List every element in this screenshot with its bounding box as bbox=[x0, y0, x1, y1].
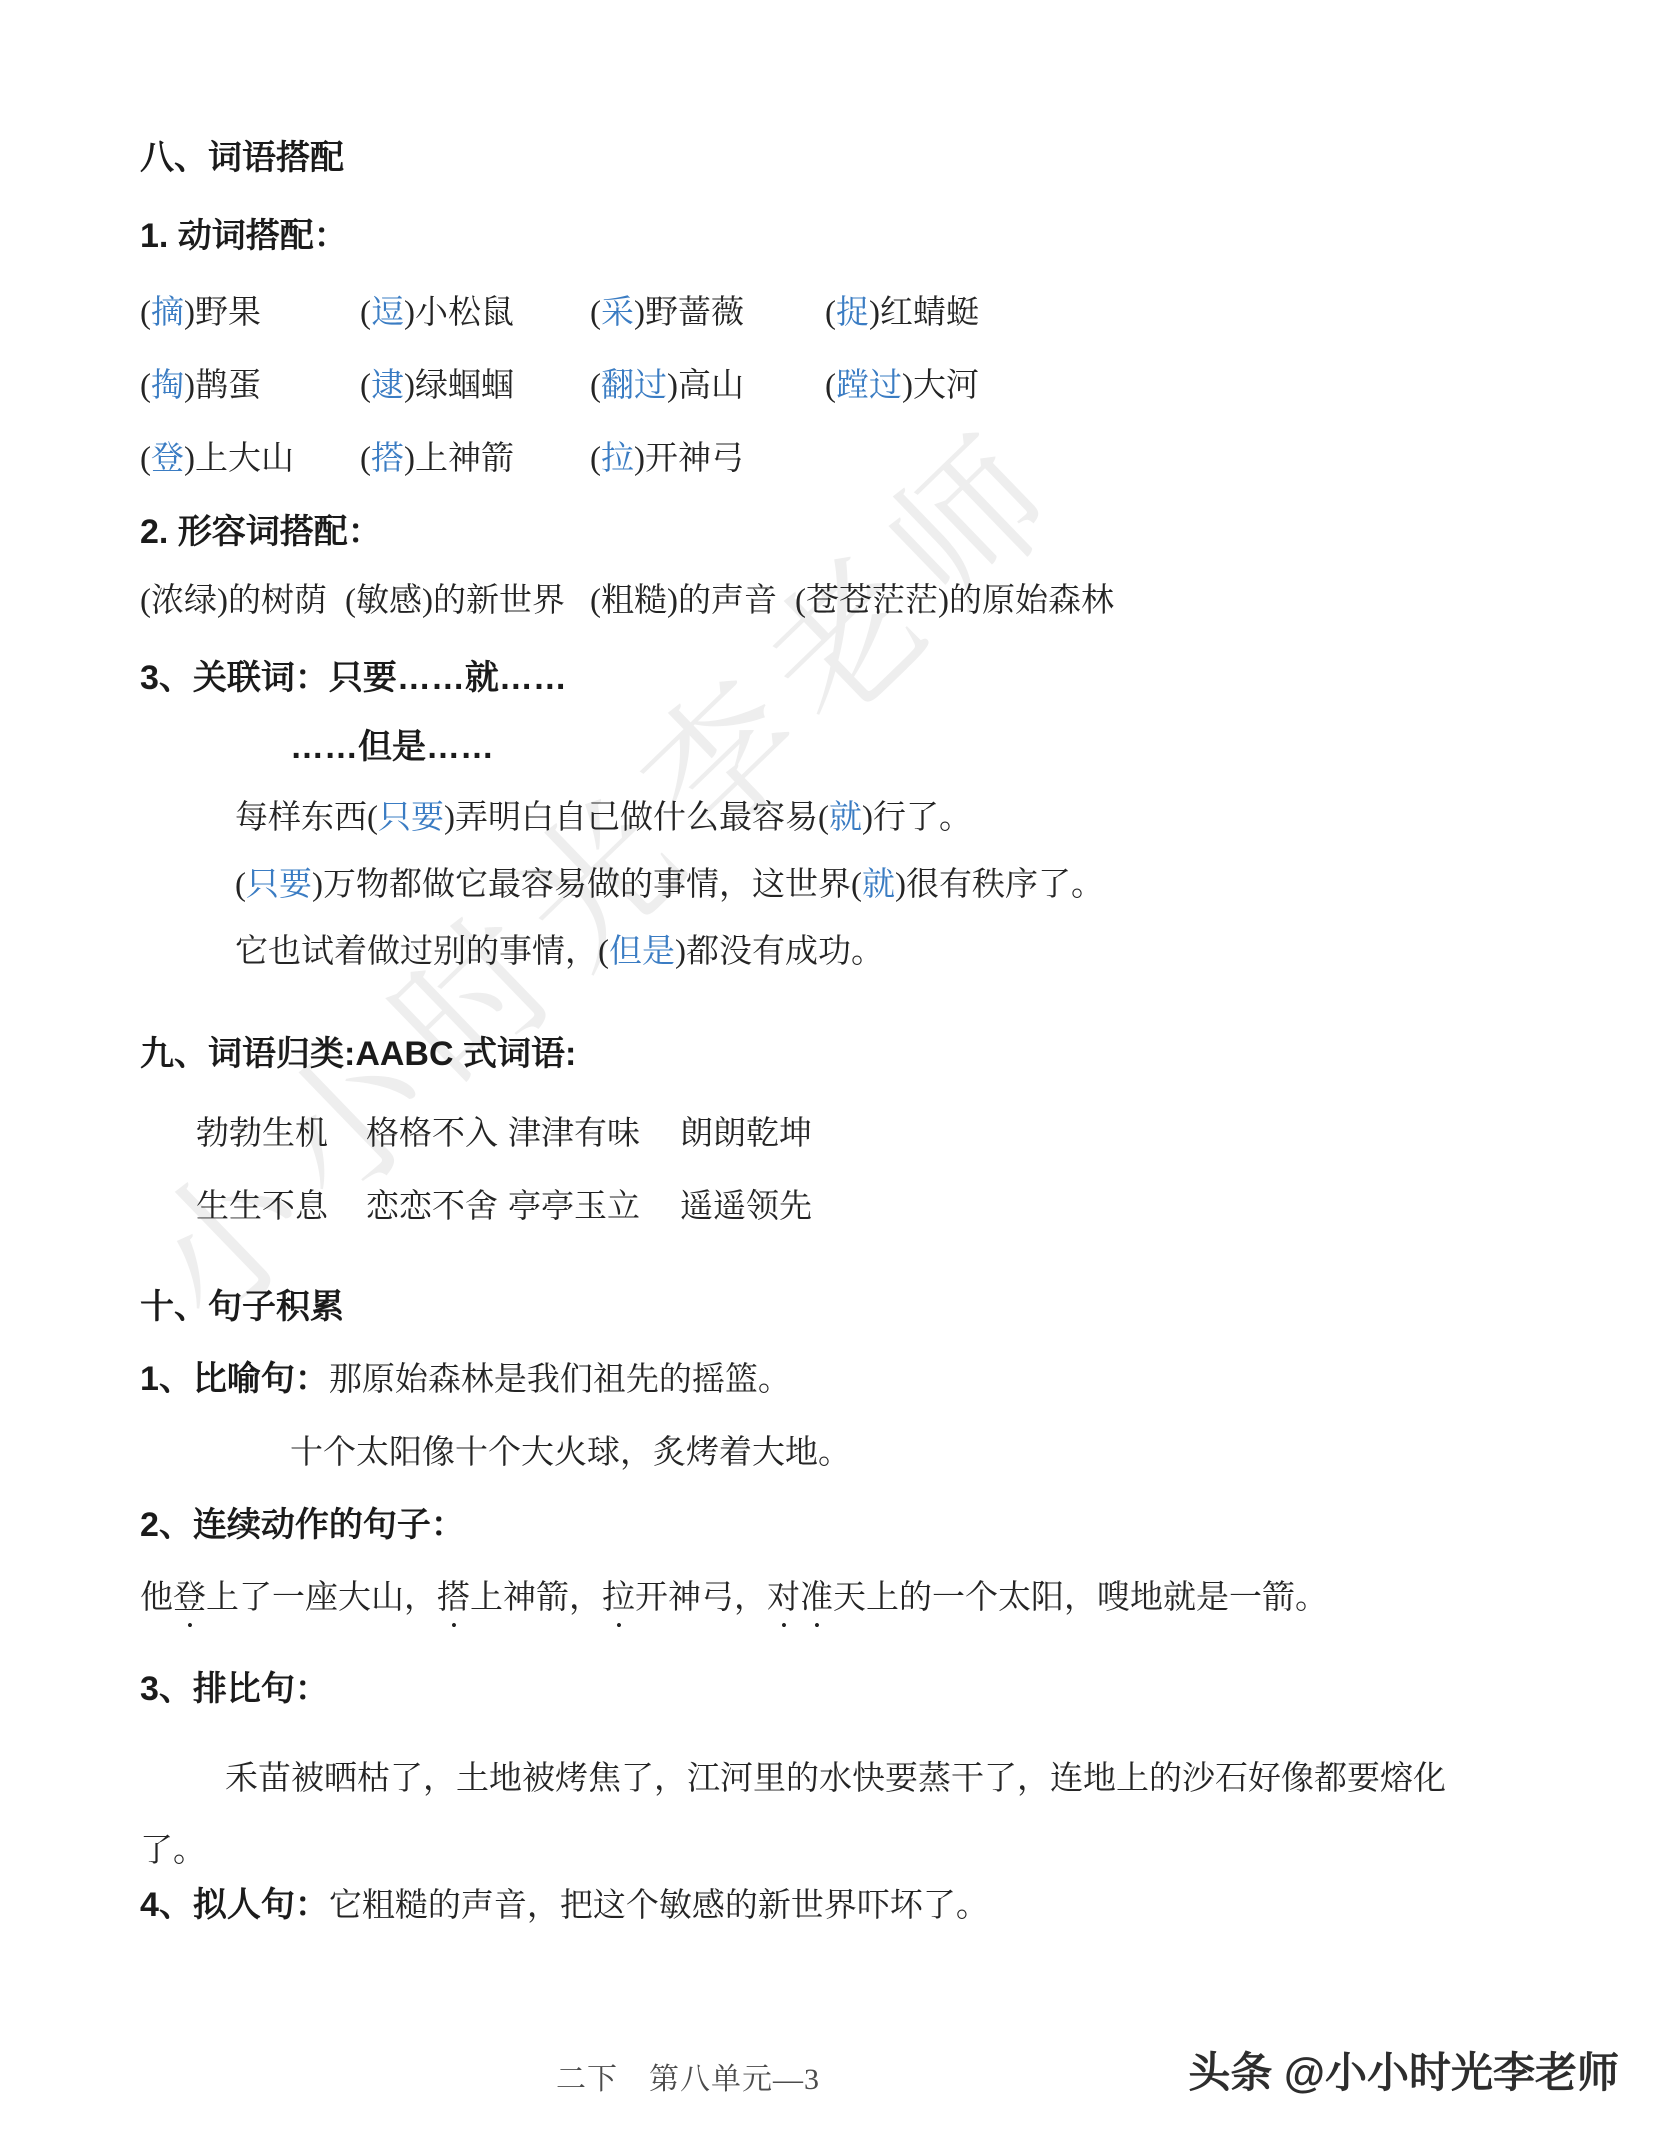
paren: ) bbox=[404, 368, 415, 404]
verb-word: 摘 bbox=[151, 295, 184, 331]
paren: ) bbox=[634, 295, 645, 331]
verb-collocation-item: (捉)红蜻蜓 bbox=[825, 295, 1560, 331]
adj-collocation-item: (浓绿)的树荫 bbox=[140, 583, 345, 619]
text-segment: 登 bbox=[173, 1580, 206, 1616]
verb-word: 掏 bbox=[151, 368, 184, 404]
text-segment: 只要 bbox=[246, 867, 312, 903]
metaphor-sentence-line2: 十个太阳像十个大火球，炙烤着大地。 bbox=[290, 1435, 1560, 1471]
conjunction-example-sentence: (只要)万物都做它最容易做的事情，这世界(就)很有秩序了。 bbox=[235, 867, 1560, 903]
paren: ) bbox=[184, 368, 195, 404]
verb-collocation-item: (拉)开神弓 bbox=[590, 441, 825, 477]
adj-collocation-heading: 2. 形容词搭配： bbox=[140, 514, 1560, 550]
verb-collocation-row: (登)上大山(搭)上神箭(拉)开神弓 bbox=[140, 441, 1560, 477]
text-segment: 开神弓， bbox=[635, 1580, 767, 1616]
verb-word: 登 bbox=[151, 441, 184, 477]
section-9-title: 九、词语归类:AABC 式词语: bbox=[140, 1036, 1560, 1072]
verb-word: 搭 bbox=[371, 441, 404, 477]
text-segment: 每样东西( bbox=[235, 800, 378, 836]
verb-word: 蹚过 bbox=[836, 368, 902, 404]
conjunction-heading: 3、关联词：只要……就…… bbox=[140, 660, 1560, 696]
paren: ( bbox=[825, 295, 836, 331]
paren: ( bbox=[360, 441, 371, 477]
action-sentence-heading: 2、连续动作的句子： bbox=[140, 1507, 1560, 1543]
aabc-word: 恋恋不舍 bbox=[366, 1189, 508, 1225]
object-word: 上大山 bbox=[195, 441, 294, 477]
paren: ( bbox=[590, 441, 601, 477]
text-segment: 上神箭， bbox=[470, 1580, 602, 1616]
verb-collocation-item: (掏)鹊蛋 bbox=[140, 368, 360, 404]
metaphor-sentence-line1: 1、比喻句：那原始森林是我们祖先的摇篮。 bbox=[140, 1361, 1560, 1398]
adj-collocation-item: (粗糙)的声音 bbox=[590, 583, 795, 619]
paren: ( bbox=[360, 295, 371, 331]
text-segment: )行了。 bbox=[862, 800, 972, 836]
adj-collocation-item: (苍苍茫茫)的原始森林 bbox=[795, 583, 1560, 619]
verb-word: 采 bbox=[601, 295, 634, 331]
paren: ) bbox=[404, 295, 415, 331]
text-segment: )万物都做它最容易做的事情，这世界( bbox=[312, 867, 862, 903]
verb-collocation-item: (采)野蔷薇 bbox=[590, 295, 825, 331]
object-word: 小松鼠 bbox=[415, 295, 514, 331]
paren: ( bbox=[825, 368, 836, 404]
verb-collocation-item: (搭)上神箭 bbox=[360, 441, 590, 477]
text-segment: 只要 bbox=[378, 800, 444, 836]
verb-collocation-item: (蹚过)大河 bbox=[825, 368, 1560, 404]
worksheet-page: 小小时光李老师 八、词语搭配 1. 动词搭配： (摘)野果(逗)小松鼠(采)野蔷… bbox=[0, 0, 1653, 2139]
aabc-word: 勃勃生机 bbox=[196, 1116, 366, 1152]
text-segment: 天上的一个太阳，嗖地就是一箭。 bbox=[833, 1580, 1328, 1616]
aabc-word: 朗朗乾坤 bbox=[680, 1116, 1560, 1152]
text-segment: 拉 bbox=[602, 1580, 635, 1616]
paren: ( bbox=[590, 368, 601, 404]
verb-word: 拉 bbox=[601, 441, 634, 477]
conjunction-examples: 每样东西(只要)弄明白自己做什么最容易(就)行了。(只要)万物都做它最容易做的事… bbox=[140, 800, 1560, 970]
paren: ) bbox=[667, 368, 678, 404]
object-word: 开神弓 bbox=[645, 441, 744, 477]
verb-word: 捉 bbox=[836, 295, 869, 331]
text-segment: )都没有成功。 bbox=[675, 934, 884, 970]
text-segment: )弄明白自己做什么最容易( bbox=[444, 800, 829, 836]
aabc-word: 津津有味 bbox=[508, 1116, 680, 1152]
text-segment: 它也试着做过别的事情，( bbox=[235, 934, 609, 970]
aabc-word-row: 勃勃生机格格不入津津有味朗朗乾坤 bbox=[196, 1116, 1560, 1152]
text-segment: 但是 bbox=[609, 934, 675, 970]
verb-collocation-item: (逮)绿蝈蝈 bbox=[360, 368, 590, 404]
verb-word: 翻过 bbox=[601, 368, 667, 404]
paren: ( bbox=[140, 368, 151, 404]
section-8-title: 八、词语搭配 bbox=[140, 140, 1560, 176]
adj-collocation-grid: (浓绿)的树荫(敏感)的新世界(粗糙)的声音(苍苍茫茫)的原始森林 bbox=[140, 583, 1560, 619]
paren: ( bbox=[140, 441, 151, 477]
object-word: 野蔷薇 bbox=[645, 295, 744, 331]
object-word: 上神箭 bbox=[415, 441, 514, 477]
verb-collocation-row: (掏)鹊蛋(逮)绿蝈蝈(翻过)高山(蹚过)大河 bbox=[140, 368, 1560, 404]
document-content: 八、词语搭配 1. 动词搭配： (摘)野果(逗)小松鼠(采)野蔷薇(捉)红蜻蜓(… bbox=[140, 140, 1560, 1924]
paren: ( bbox=[590, 295, 601, 331]
aabc-word: 生生不息 bbox=[196, 1189, 366, 1225]
verb-collocation-heading: 1. 动词搭配： bbox=[140, 218, 1560, 254]
credit-watermark: 头条 @小小时光李老师 bbox=[1188, 2040, 1619, 2100]
verb-collocation-item: (登)上大山 bbox=[140, 441, 360, 477]
personify-text: 它粗糙的声音，把这个敏感的新世界吓坏了。 bbox=[329, 1888, 989, 1924]
text-segment: 搭 bbox=[437, 1580, 470, 1616]
section-10-title: 十、句子积累 bbox=[140, 1289, 1560, 1325]
conjunction-example-sentence: 它也试着做过别的事情，(但是)都没有成功。 bbox=[235, 934, 1560, 970]
aabc-word-list: 勃勃生机格格不入津津有味朗朗乾坤生生不息恋恋不舍亭亭玉立遥遥领先 bbox=[140, 1116, 1560, 1225]
conjunction-pattern-2: ……但是…… bbox=[290, 729, 1560, 765]
object-word: 红蜻蜓 bbox=[880, 295, 979, 331]
paren: ( bbox=[360, 368, 371, 404]
object-word: 高山 bbox=[678, 368, 744, 404]
verb-collocation-grid: (摘)野果(逗)小松鼠(采)野蔷薇(捉)红蜻蜓(掏)鹊蛋(逮)绿蝈蝈(翻过)高山… bbox=[140, 295, 1560, 477]
text-segment: 上了一座大山， bbox=[206, 1580, 437, 1616]
metaphor-text-1: 那原始森林是我们祖先的摇篮。 bbox=[329, 1362, 791, 1398]
paren: ) bbox=[902, 368, 913, 404]
object-word: 大河 bbox=[913, 368, 979, 404]
personify-label: 4、拟人句： bbox=[140, 1886, 329, 1924]
text-segment: )很有秩序了。 bbox=[895, 867, 1104, 903]
metaphor-label: 1、比喻句： bbox=[140, 1360, 329, 1398]
object-word: 野果 bbox=[195, 295, 261, 331]
adj-collocation-row: (浓绿)的树荫(敏感)的新世界(粗糙)的声音(苍苍茫茫)的原始森林 bbox=[140, 583, 1560, 619]
paren: ) bbox=[184, 441, 195, 477]
aabc-word: 亭亭玉立 bbox=[508, 1189, 680, 1225]
verb-collocation-item: (摘)野果 bbox=[140, 295, 360, 331]
verb-collocation-row: (摘)野果(逗)小松鼠(采)野蔷薇(捉)红蜻蜓 bbox=[140, 295, 1560, 331]
verb-collocation-item: (逗)小松鼠 bbox=[360, 295, 590, 331]
verb-word: 逗 bbox=[371, 295, 404, 331]
paren: ) bbox=[404, 441, 415, 477]
paren: ) bbox=[869, 295, 880, 331]
action-sentence: 他登上了一座大山，搭上神箭，拉开神弓，对准天上的一个太阳，嗖地就是一箭。 bbox=[140, 1580, 1560, 1635]
paren: ) bbox=[184, 295, 195, 331]
verb-collocation-item: (翻过)高山 bbox=[590, 368, 825, 404]
personify-sentence-line: 4、拟人句：它粗糙的声音，把这个敏感的新世界吓坏了。 bbox=[140, 1887, 1560, 1924]
text-segment: 就 bbox=[829, 800, 862, 836]
paren: ) bbox=[634, 441, 645, 477]
object-word: 鹊蛋 bbox=[195, 368, 261, 404]
text-segment: 他 bbox=[140, 1580, 173, 1616]
verb-word: 逮 bbox=[371, 368, 404, 404]
aabc-word-row: 生生不息恋恋不舍亭亭玉立遥遥领先 bbox=[196, 1189, 1560, 1225]
parallel-sentence: 禾苗被晒枯了，土地被烤焦了，江河里的水快要蒸干了，连地上的沙石好像都要熔化了。 bbox=[140, 1743, 1456, 1887]
adj-collocation-item: (敏感)的新世界 bbox=[345, 583, 590, 619]
text-segment: 就 bbox=[862, 867, 895, 903]
page-footer-label: 二下 第八单元—3 bbox=[556, 2054, 820, 2098]
conjunction-example-sentence: 每样东西(只要)弄明白自己做什么最容易(就)行了。 bbox=[235, 800, 1560, 836]
paren: ( bbox=[140, 295, 151, 331]
object-word: 绿蝈蝈 bbox=[415, 368, 514, 404]
text-segment: ( bbox=[235, 867, 246, 903]
text-segment: 对准 bbox=[767, 1580, 833, 1616]
parallel-sentence-heading: 3、排比句： bbox=[140, 1671, 1560, 1707]
aabc-word: 格格不入 bbox=[366, 1116, 508, 1152]
aabc-word: 遥遥领先 bbox=[680, 1189, 1560, 1225]
